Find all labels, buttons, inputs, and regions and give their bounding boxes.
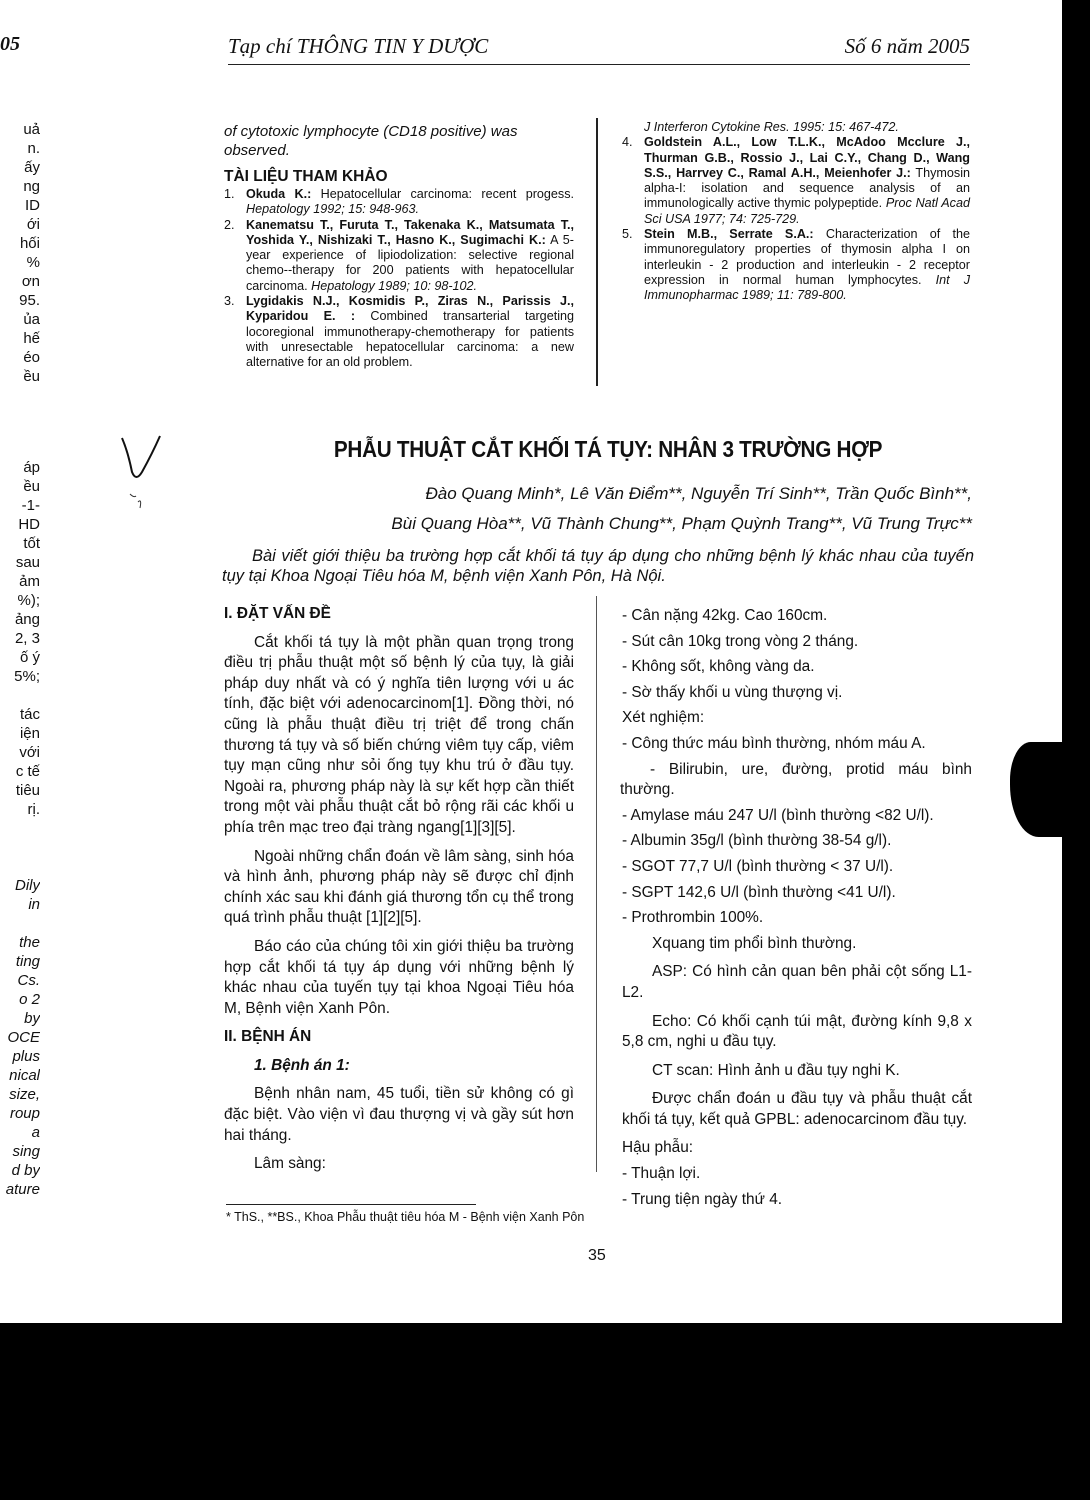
paragraph: Cắt khối tá tụy là một phần quan trọng t…	[224, 633, 574, 839]
paragraph: Ngoài những chẩn đoán về lâm sàng, sinh …	[224, 847, 574, 929]
gutter-fragment-line: sing	[0, 1142, 40, 1161]
gutter-fragment-line: %);	[0, 591, 40, 610]
gutter-fragment-block-1: uản.ấyngIDớihối%ơn95.ủahếéoều	[0, 120, 40, 386]
scan-edge-shadow-right	[1062, 0, 1090, 1325]
article-left-column: I. ĐẶT VẤN ĐỀ Cắt khối tá tụy là một phầ…	[224, 600, 574, 1183]
gutter-fragment-line: in	[0, 895, 40, 914]
gutter-fragment-line: ều	[0, 367, 40, 386]
lab-item: - Amylase máu 247 U/l (bình thường <82 U…	[622, 806, 972, 827]
lab-item: - SGPT 142,6 U/l (bình thường <41 U/l).	[622, 883, 972, 904]
gutter-fragment-line: c tế	[0, 762, 40, 781]
reference-item: 5.Stein M.B., Serrate S.A.: Characteriza…	[622, 227, 970, 303]
scan-edge-shadow-bottom	[0, 1323, 1090, 1500]
previous-article-right-column: J Interferon Cytokine Res. 1995: 15: 467…	[622, 120, 970, 304]
paragraph: ASP: Có hình cản quan bên phải cột sống …	[622, 962, 972, 1003]
author-affiliation-footnote: * ThS., **BS., Khoa Phẫu thuật tiêu hóa …	[226, 1210, 584, 1224]
previous-article-closing-text: of cytotoxic lymphocyte (CD18 positive) …	[224, 122, 574, 160]
gutter-fragment-line: ều	[0, 477, 40, 496]
gutter-fragment-line: ủa	[0, 310, 40, 329]
paragraph: Echo: Có khối cạnh túi mật, đường kính 9…	[622, 1012, 972, 1053]
gutter-fragment-line: ới	[0, 215, 40, 234]
gutter-fragment-line: d by	[0, 1161, 40, 1180]
clinical-item: - Không sốt, không vàng da.	[622, 657, 972, 678]
gutter-fragment-line: -1-	[0, 496, 40, 515]
paragraph: CT scan: Hình ảnh u đầu tụy nghi K.	[622, 1061, 972, 1082]
gutter-fragment-line: by	[0, 1009, 40, 1028]
gutter-fragment-line: HD	[0, 515, 40, 534]
section-heading-introduction: I. ĐẶT VẤN ĐỀ	[224, 604, 574, 625]
previous-article-left-column: of cytotoxic lymphocyte (CD18 positive) …	[224, 122, 574, 371]
article-title: PHẪU THUẬT CẮT KHỐI TÁ TỤY: NHÂN 3 TRƯỜN…	[266, 436, 950, 463]
handwritten-check-mark	[118, 432, 178, 512]
gutter-fragment-block-3: Dilyin thetingCs.o 2byOCEplusnicalsize,r…	[0, 876, 40, 1199]
gutter-fragment-line: ting	[0, 952, 40, 971]
paragraph: Bệnh nhân nam, 45 tuổi, tiền sử không có…	[224, 1084, 574, 1146]
reference-item: 2.Kanematsu T., Furuta T., Takenaka K., …	[224, 218, 574, 294]
gutter-fragment-line: n.	[0, 139, 40, 158]
postop-item: - Trung tiện ngày thứ 4.	[622, 1190, 972, 1211]
clinical-item: - Sút cân 10kg trong vòng 2 tháng.	[622, 632, 972, 653]
gutter-fragment-line: ature	[0, 1180, 40, 1199]
authors-line-2: Bùi Quang Hòa**, Vũ Thành Chung**, Phạm …	[391, 514, 972, 534]
gutter-fragment-line: áp	[0, 458, 40, 477]
gutter-fragment-line: roup	[0, 1104, 40, 1123]
gutter-fragment-line: size,	[0, 1085, 40, 1104]
gutter-fragment-line: iện	[0, 724, 40, 743]
postop-label: Hậu phẫu:	[622, 1138, 972, 1159]
references-heading: TÀI LIỆU THAM KHẢO	[224, 168, 574, 185]
gutter-fragment-line: với	[0, 743, 40, 762]
reference-item: 3.Lygidakis N.J., Kosmidis P., Ziras N.,…	[224, 294, 574, 370]
gutter-fragment-line: ơn	[0, 272, 40, 291]
journal-title: Tạp chí THÔNG TIN Y DƯỢC	[228, 34, 488, 59]
gutter-fragment-line	[0, 914, 40, 933]
gutter-fragment-line: tác	[0, 705, 40, 724]
gutter-fragment-line: tiêu	[0, 781, 40, 800]
gutter-fragment-line: nical	[0, 1066, 40, 1085]
reference-item-3-continued: J Interferon Cytokine Res. 1995: 15: 467…	[622, 120, 970, 135]
clinical-item: - Sờ thấy khối u vùng thượng vị.	[622, 683, 972, 704]
gutter-fragment-line: ố ý	[0, 648, 40, 667]
gutter-fragment-line: tốt	[0, 534, 40, 553]
section-heading-case-reports: II. BỆNH ÁN	[224, 1027, 574, 1048]
issue-label: Số 6 năm 2005	[845, 34, 970, 59]
previous-page-number-fragment: 05	[0, 33, 20, 56]
column-divider	[596, 118, 598, 386]
lab-item: - Công thức máu bình thường, nhóm máu A.	[622, 734, 972, 755]
lab-item: - Bilirubin, ure, đường, protid máu bình…	[620, 760, 972, 801]
reference-item: 1.Okuda K.: Hepatocellular carcinoma: re…	[224, 187, 574, 218]
page-number: 35	[588, 1247, 606, 1265]
gutter-fragment-line: 95.	[0, 291, 40, 310]
clinical-label: Lâm sàng:	[224, 1154, 574, 1175]
scan-ink-blot	[1010, 742, 1062, 837]
case-heading: 1. Bệnh án 1:	[224, 1056, 574, 1077]
gutter-fragment-line: Cs.	[0, 971, 40, 990]
gutter-fragment-line: 5%;	[0, 667, 40, 686]
gutter-fragment-line: ảm	[0, 572, 40, 591]
column-divider	[596, 596, 597, 1172]
gutter-fragment-line: a	[0, 1123, 40, 1142]
gutter-fragment-line: plus	[0, 1047, 40, 1066]
gutter-fragment-line: hối	[0, 234, 40, 253]
article-abstract: Bài viết giới thiệu ba trường hợp cắt kh…	[222, 546, 974, 586]
lab-item: - Prothrombin 100%.	[622, 908, 972, 929]
paragraph: Xquang tim phổi bình thường.	[622, 934, 972, 955]
gutter-fragment-block-2: ápều-1-HDtốtsauảm%);ảng2, 3ố ý5%; táciện…	[0, 458, 40, 819]
gutter-fragment-line: Dily	[0, 876, 40, 895]
gutter-fragment-line: ấy	[0, 158, 40, 177]
lab-item: - SGOT 77,7 U/l (bình thường < 37 U/l).	[622, 857, 972, 878]
gutter-fragment-line: hế	[0, 329, 40, 348]
gutter-fragment-line: o 2	[0, 990, 40, 1009]
paragraph: Báo cáo của chúng tôi xin giới thiệu ba …	[224, 937, 574, 1019]
clinical-item: - Cân nặng 42kg. Cao 160cm.	[622, 606, 972, 627]
gutter-fragment-line: OCE	[0, 1028, 40, 1047]
gutter-fragment-line: sau	[0, 553, 40, 572]
gutter-fragment-line: ID	[0, 196, 40, 215]
running-header: Tạp chí THÔNG TIN Y DƯỢC Số 6 năm 2005	[228, 32, 970, 65]
authors-line-1: Đào Quang Minh*, Lê Văn Điểm**, Nguyễn T…	[426, 484, 972, 504]
gutter-fragment-line: 2, 3	[0, 629, 40, 648]
paragraph: Được chẩn đoán u đầu tụy và phẫu thuật c…	[622, 1089, 972, 1130]
postop-item: - Thuận lợi.	[622, 1164, 972, 1185]
reference-item: 4.Goldstein A.L., Low T.L.K., McAdoo Mcc…	[622, 135, 970, 227]
gutter-fragment-line: ảng	[0, 610, 40, 629]
gutter-fragment-line: uả	[0, 120, 40, 139]
gutter-fragment-line	[0, 686, 40, 705]
gutter-fragment-line: %	[0, 253, 40, 272]
article-right-column: - Cân nặng 42kg. Cao 160cm. - Sút cân 10…	[622, 606, 972, 1215]
gutter-fragment-line: the	[0, 933, 40, 952]
lab-label: Xét nghiệm:	[622, 708, 972, 729]
gutter-fragment-line: éo	[0, 348, 40, 367]
lab-item: - Albumin 35g/l (bình thường 38-54 g/l).	[622, 831, 972, 852]
footnote-rule	[226, 1204, 476, 1205]
gutter-fragment-line: rị.	[0, 800, 40, 819]
gutter-fragment-line: ng	[0, 177, 40, 196]
